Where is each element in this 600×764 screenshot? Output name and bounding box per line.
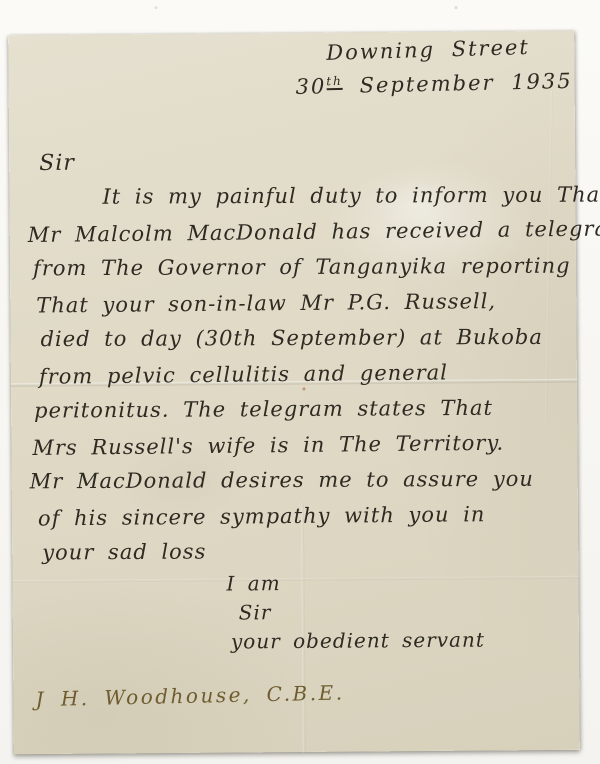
body-line: Mrs Russell's wife is in The Territory. xyxy=(32,424,565,466)
body-line: of his sincere sympathy with you in xyxy=(38,496,566,537)
letter-date: 30th September 1935 xyxy=(295,69,573,99)
salutation: Sir xyxy=(39,151,75,176)
annotation-name: J H. Woodhouse, C.B.E. xyxy=(35,680,345,711)
letter-date-day: 30 xyxy=(295,74,326,99)
closing-line: your obedient servant xyxy=(231,626,485,657)
letterhead-address: Downing Street xyxy=(326,35,530,65)
body-line: from The Governor of Tanganyika reportin… xyxy=(33,249,564,287)
closing-line: Sir xyxy=(239,597,485,628)
letter-body: It is my painful duty to inform you That… xyxy=(27,177,566,572)
body-line: It is my painful duty to inform you That xyxy=(102,178,563,216)
body-line: died to day (30th September) at Bukoba xyxy=(41,320,565,358)
letter-paper: Downing Street 30th September 1935 Sir I… xyxy=(8,31,580,754)
body-line: That your son-in-law Mr P.G. Russell, xyxy=(36,283,564,324)
body-line: Mr Malcolm MacDonald has received a tele… xyxy=(28,211,564,253)
letter-closing: I am Sir your obedient servant xyxy=(226,568,485,657)
letter-date-ordinal: th xyxy=(326,74,343,90)
closing-line: I am xyxy=(226,568,484,599)
body-line: your sad loss xyxy=(42,532,566,571)
body-line: peritonitus. The telegram states That xyxy=(34,390,565,429)
body-line: from pelvic cellulitis and general xyxy=(39,354,565,395)
letter-date-month-year: September 1935 xyxy=(359,69,573,98)
body-line: Mr MacDonald desires me to assure you xyxy=(30,462,566,500)
